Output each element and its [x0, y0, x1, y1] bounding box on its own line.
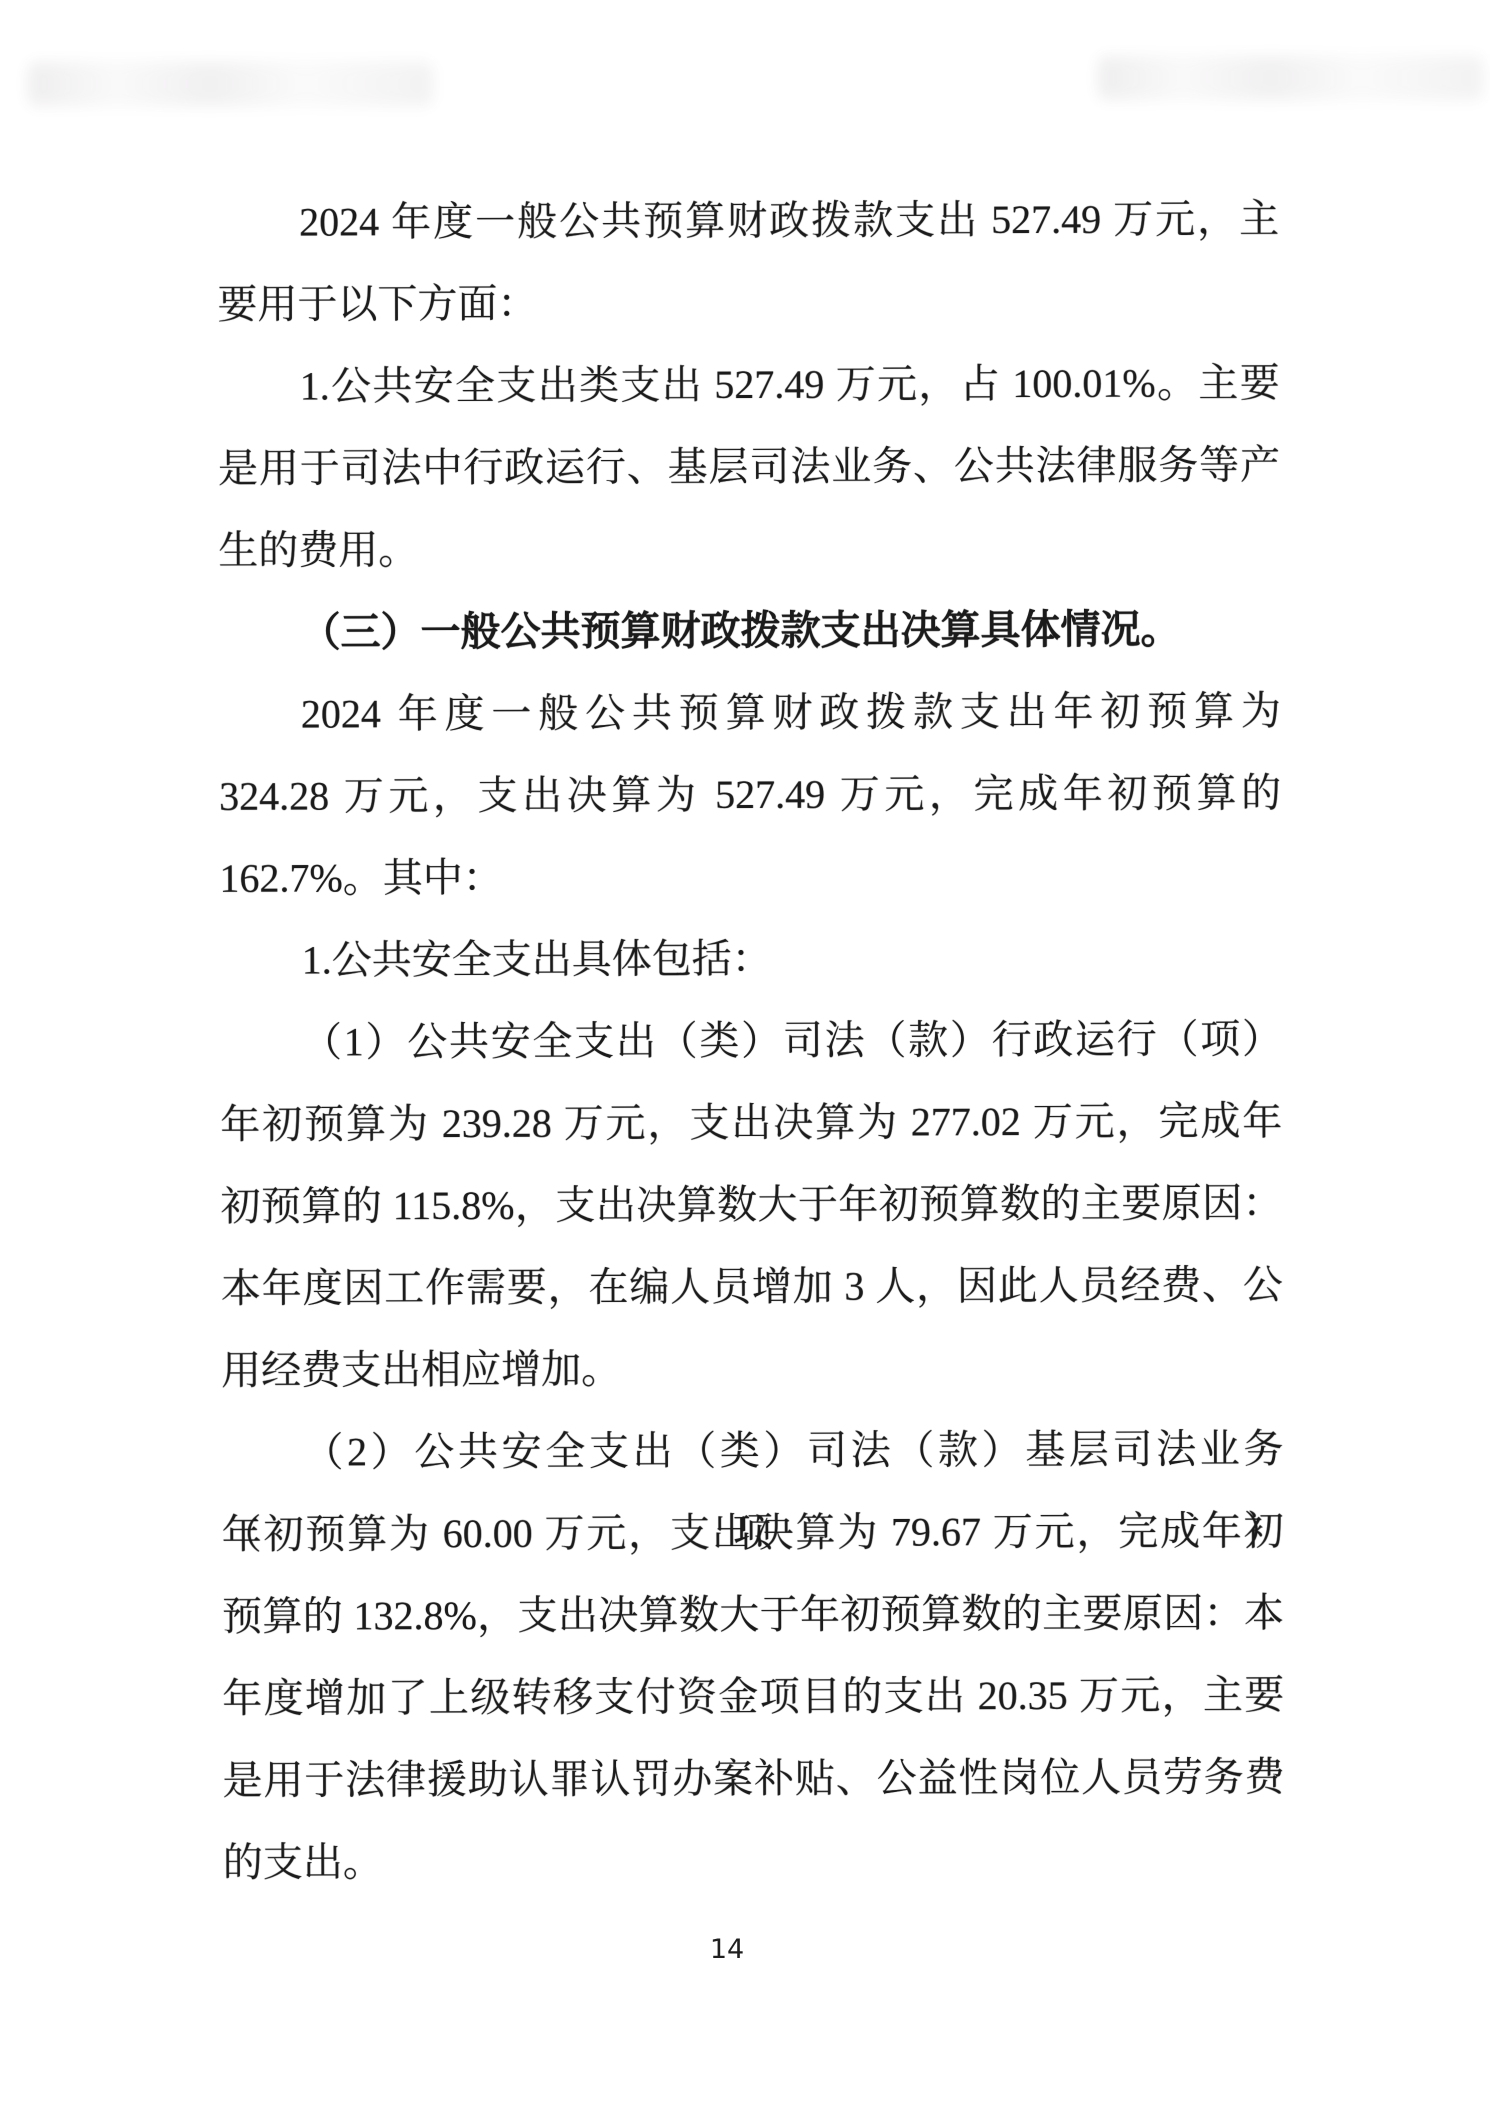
scan-artifact-top-right	[1098, 56, 1483, 100]
text-line: 2024 年度一般公共预算财政拨款支出年初预算为	[219, 670, 1281, 756]
body-text: 2024 年度一般公共预算财政拨款支出 527.49 万元，主 要用于以下方面：…	[217, 178, 1285, 1904]
text-line: 年初预算为 60.00 万元，支出决算为 79.67 万元，完成年初	[222, 1490, 1284, 1576]
text-line: 162.7%。其中：	[219, 834, 1281, 920]
scanned-document-page: 2024 年度一般公共预算财政拨款支出 527.49 万元，主 要用于以下方面：…	[0, 0, 1490, 2105]
text-line: 年度增加了上级转移支付资金项目的支出 20.35 万元，主要	[222, 1654, 1284, 1740]
text-line: （2）公共安全支出（类）司法（款）基层司法业务（项）	[221, 1408, 1283, 1494]
text-line: （1）公共安全支出（类）司法（款）行政运行（项）	[220, 998, 1282, 1084]
text-line: 的支出。	[223, 1818, 1285, 1904]
text-line: 2024 年度一般公共预算财政拨款支出 527.49 万元，主	[217, 178, 1279, 264]
page-number: 14	[697, 1934, 757, 1965]
text-line: 是用于司法中行政运行、基层司法业务、公共法律服务等产	[218, 424, 1280, 510]
section-heading: （三）一般公共预算财政拨款支出决算具体情况。	[218, 588, 1280, 674]
text-line: 生的费用。	[218, 506, 1280, 592]
text-line: 要用于以下方面：	[217, 260, 1279, 346]
text-line: 初预算的 115.8%，支出决算数大于年初预算数的主要原因：	[220, 1162, 1282, 1248]
scan-artifact-top-left	[28, 62, 433, 106]
text-line: 本年度因工作需要，在编人员增加 3 人，因此人员经费、公	[221, 1244, 1283, 1330]
text-line: 1.公共安全支出类支出 527.49 万元，占 100.01%。主要	[218, 342, 1280, 428]
text-line: 预算的 132.8%，支出决算数大于年初预算数的主要原因：本	[222, 1572, 1284, 1658]
text-line: 年初预算为 239.28 万元，支出决算为 277.02 万元，完成年	[220, 1080, 1282, 1166]
text-line: 用经费支出相应增加。	[221, 1326, 1283, 1412]
text-line: 1.公共安全支出具体包括：	[220, 916, 1282, 1002]
text-line: 是用于法律援助认罪认罚办案补贴、公益性岗位人员劳务费	[222, 1736, 1284, 1822]
text-line: 324.28 万元，支出决算为 527.49 万元，完成年初预算的	[219, 752, 1281, 838]
